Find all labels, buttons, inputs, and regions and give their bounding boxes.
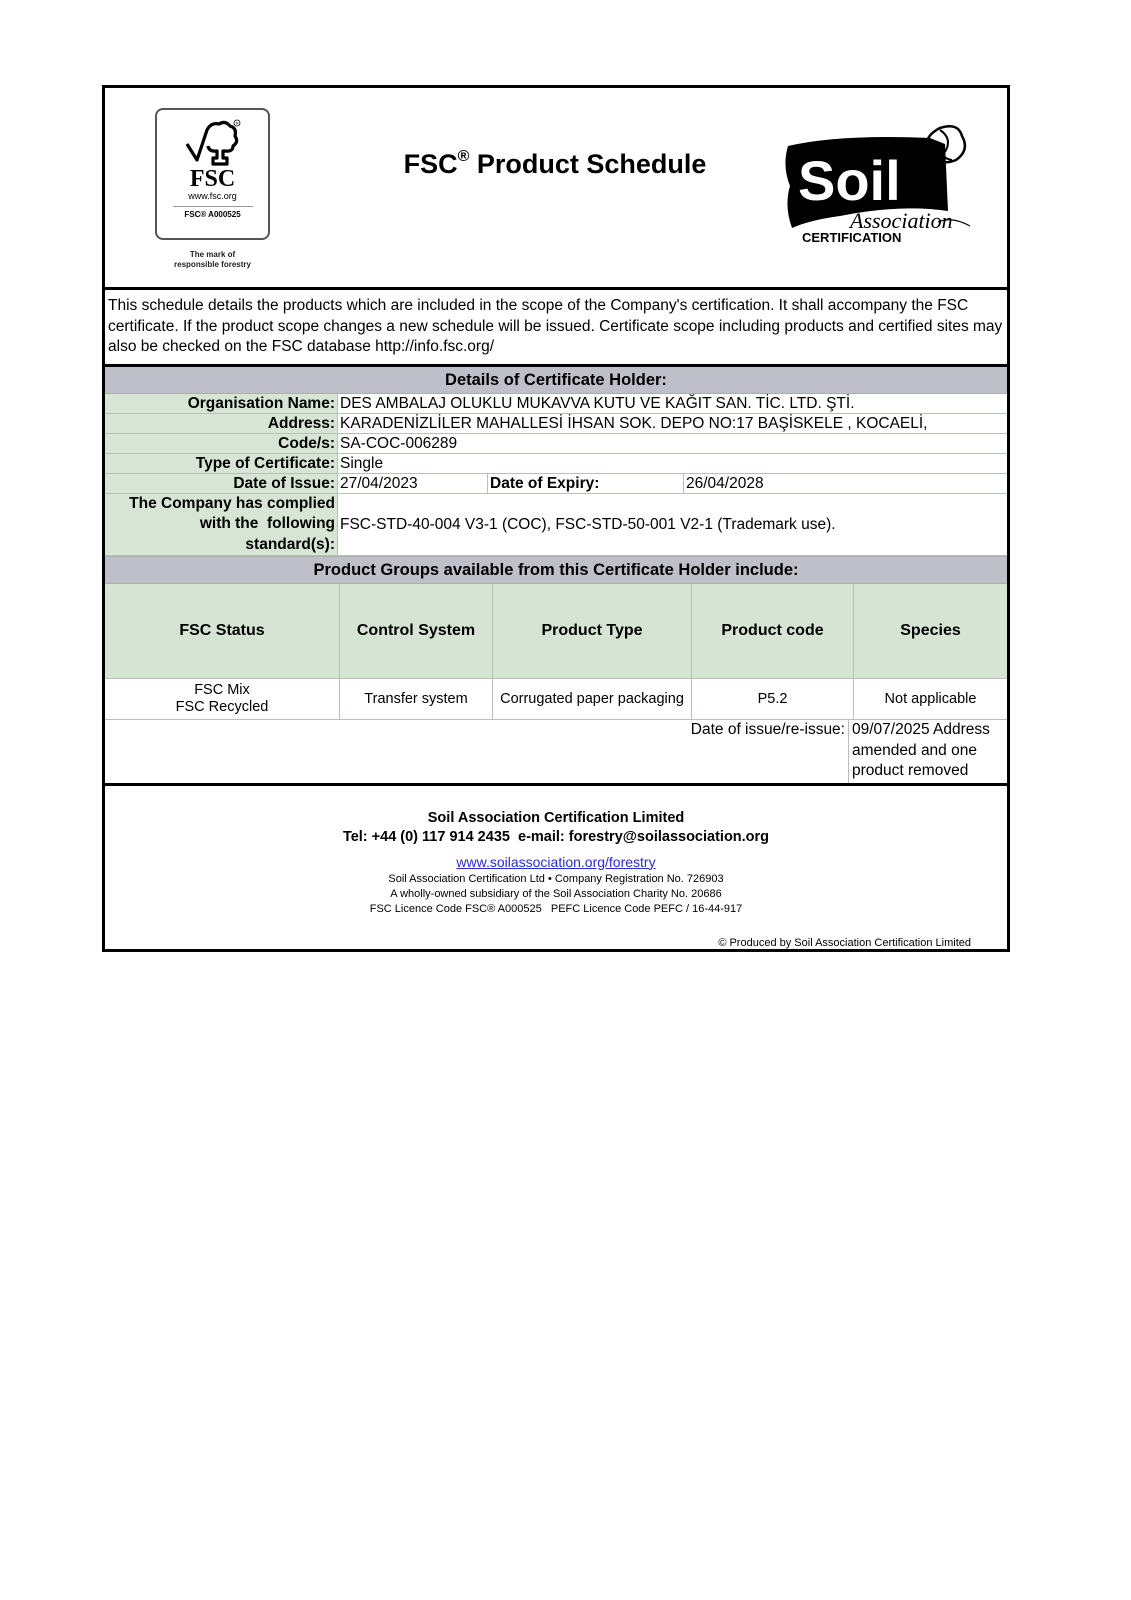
standards-value: FSC-STD-40-004 V3-1 (COC), FSC-STD-50-00… xyxy=(338,493,1008,556)
product-type-cell: Corrugated paper packaging xyxy=(493,679,692,720)
detail-row-standards: The Company has complied with the follow… xyxy=(105,493,1007,556)
fsc-status-cell: FSC Mix FSC Recycled xyxy=(105,679,340,720)
fsc-logo-code: FSC® A000525 xyxy=(173,206,253,219)
control-system-cell: Transfer system xyxy=(340,679,493,720)
fsc-logo-word: FSC xyxy=(157,168,268,190)
registered-mark: ® xyxy=(458,148,470,165)
soil-association-logo: Soil Association CERTIFICATION xyxy=(780,116,980,256)
products-heading: Product Groups available from this Certi… xyxy=(105,556,1007,584)
column-fsc-status: FSC Status xyxy=(105,584,340,679)
svg-text:CERTIFICATION: CERTIFICATION xyxy=(802,230,901,245)
footer-licence-codes: FSC Licence Code FSC® A000525 PEFC Licen… xyxy=(105,902,1007,917)
footer-company: Soil Association Certification Limited xyxy=(105,809,1007,828)
title-prefix: FSC xyxy=(404,149,458,179)
fsc-status-line1: FSC Mix xyxy=(106,682,338,699)
detail-row-codes: Code/s: SA-COC-006289 xyxy=(105,433,1007,453)
footer-produced-by: © Produced by Soil Association Certifica… xyxy=(718,937,971,949)
organisation-value: DES AMBALAJ OLUKLU MUKAVVA KUTU VE KAĞIT… xyxy=(338,394,1008,414)
column-product-code: Product code xyxy=(692,584,854,679)
product-groups-table: FSC Status Control System Product Type P… xyxy=(105,584,1007,720)
species-cell: Not applicable xyxy=(854,679,1008,720)
fsc-tagline: The mark of responsible forestry xyxy=(155,250,270,270)
fsc-status-line2: FSC Recycled xyxy=(106,699,338,716)
expiry-value: 26/04/2028 xyxy=(684,473,1008,493)
address-value: KARADENİZLİLER MAHALLESİ İHSAN SOK. DEPO… xyxy=(338,413,1008,433)
footer-contact: Tel: +44 (0) 117 914 2435 e-mail: forest… xyxy=(105,828,1007,847)
svg-text:R: R xyxy=(235,121,238,126)
details-heading: Details of Certificate Holder: xyxy=(105,367,1007,394)
fsc-logo: R FSC www.fsc.org FSC® A000525 xyxy=(155,108,270,240)
intro-text: This schedule details the products which… xyxy=(105,290,1007,367)
standards-label-line3: standard(s): xyxy=(107,535,335,556)
standards-label: The Company has complied with the follow… xyxy=(105,493,338,556)
page-title: FSC® Product Schedule xyxy=(355,148,755,180)
column-product-type: Product Type xyxy=(493,584,692,679)
address-label: Address: xyxy=(105,413,338,433)
certificate-holder-details: Organisation Name: DES AMBALAJ OLUKLU MU… xyxy=(105,394,1007,557)
column-control-system: Control System xyxy=(340,584,493,679)
document-header: R FSC www.fsc.org FSC® A000525 The mark … xyxy=(105,88,1007,290)
reissue-label: Date of issue/re-issue: xyxy=(105,720,848,783)
table-row: FSC Mix FSC Recycled Transfer system Cor… xyxy=(105,679,1007,720)
reissue-row: Date of issue/re-issue: 09/07/2025 Addre… xyxy=(105,720,1007,786)
issue-label: Date of Issue: xyxy=(105,473,338,493)
detail-row-dates: Date of Issue: 27/04/2023 Date of Expiry… xyxy=(105,473,1007,493)
product-code-cell: P5.2 xyxy=(692,679,854,720)
standards-label-line1: The Company has complied xyxy=(107,494,335,515)
fsc-tree-check-icon: R xyxy=(183,118,243,170)
reissue-value: 09/07/2025 Address amended and one produ… xyxy=(848,720,1007,783)
svg-text:Soil: Soil xyxy=(798,149,901,212)
footer-registration: Soil Association Certification Ltd • Com… xyxy=(105,872,1007,887)
detail-row-type: Type of Certificate: Single xyxy=(105,453,1007,473)
detail-row-address: Address: KARADENİZLİLER MAHALLESİ İHSAN … xyxy=(105,413,1007,433)
standards-label-line2: with the following xyxy=(107,514,335,535)
expiry-label: Date of Expiry: xyxy=(488,473,684,493)
codes-value: SA-COC-006289 xyxy=(338,433,1008,453)
organisation-label: Organisation Name: xyxy=(105,394,338,414)
column-species: Species xyxy=(854,584,1008,679)
type-label: Type of Certificate: xyxy=(105,453,338,473)
footer-subsidiary: A wholly-owned subsidiary of the Soil As… xyxy=(105,887,1007,902)
detail-row-organisation: Organisation Name: DES AMBALAJ OLUKLU MU… xyxy=(105,394,1007,414)
codes-label: Code/s: xyxy=(105,433,338,453)
fsc-logo-url: www.fsc.org xyxy=(157,191,268,201)
type-value: Single xyxy=(338,453,1008,473)
product-table-header: FSC Status Control System Product Type P… xyxy=(105,584,1007,679)
product-schedule-document: R FSC www.fsc.org FSC® A000525 The mark … xyxy=(102,85,1010,952)
footer: Soil Association Certification Limited T… xyxy=(105,786,1007,949)
issue-value: 27/04/2023 xyxy=(338,473,488,493)
footer-website-link[interactable]: www.soilassociation.org/forestry xyxy=(456,854,655,870)
title-suffix: Product Schedule xyxy=(469,149,706,179)
fsc-tagline-line1: The mark of xyxy=(155,250,270,260)
fsc-tagline-line2: responsible forestry xyxy=(155,260,270,270)
